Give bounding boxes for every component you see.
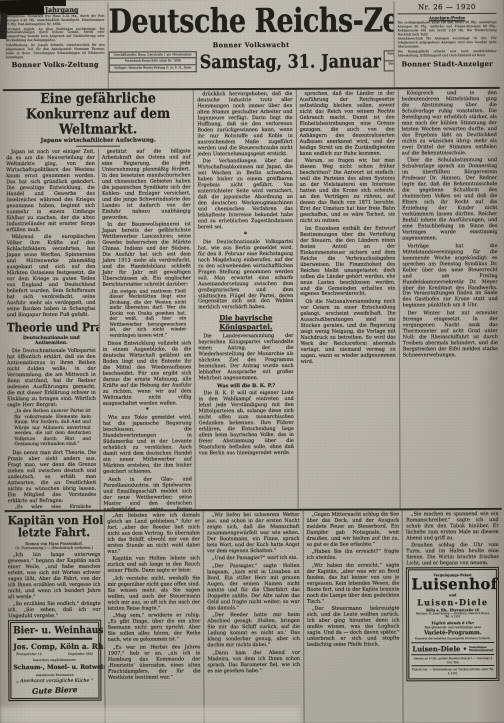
masthead: 40. Jahrgang Bezugspreis: Monatlich frei… — [2, 1, 499, 91]
ad-bier-biere: Gute Biere — [13, 685, 96, 697]
phone-info-box: Fernsprecher: Geschäftsstelle Nr. 620 — … — [384, 50, 394, 71]
novel-paragraph: „Sie machen es spannend wie ein Romansch… — [406, 511, 499, 541]
article-paragraph: Die Landesversammlung der bayrischen Kön… — [198, 333, 293, 381]
article-paragraph: sprochen, daß die Länder in der Ausführu… — [299, 90, 394, 156]
masthead-center-block: Deutsche Reichs-Zeitung Bonner Volkswach… — [108, 1, 393, 88]
lead-article-text: Japan ist noch vor einiger Zeit, da es u… — [6, 149, 95, 318]
article-paragraph: Die Verhandlungen über das Wirtschaftsab… — [198, 158, 294, 230]
ad-luisenhof: Vergnügungs-Palast Luisenhof und Luisen-… — [408, 569, 497, 679]
feuilleton-column-5: „Sie machen es spannend wie ein Romansch… — [402, 510, 503, 722]
column-5: Königreich und in den bedeutenderen Mitt… — [398, 89, 502, 508]
ad-luisendiele-name: Luisen-Diele — [411, 597, 494, 607]
theorie-quote-2: „Es wäre eine förmliche Ausnahmegesetzge… — [15, 505, 92, 510]
article-paragraph: Japan ist noch vor einiger Zeit, da es u… — [6, 149, 95, 233]
office-info-box: Geschäftsstelle: Bonn, Gierstraße 1 am M… — [109, 51, 197, 72]
subscription-info-line: Schriftleitung: Dr. Joseph Schmitz, vera… — [6, 44, 105, 60]
col3-text-2: Die Deutschnationale Volkspartei hat, wi… — [198, 238, 294, 310]
feuilleton-column-1: Kapitän von Holtens letzte Fahrt. Roman … — [5, 512, 105, 723]
col4-text: sprochen, daß die Länder in der Ausführu… — [299, 90, 395, 364]
novel-note: (4. Fortsetzung.) — (Nachdruck verboten.… — [8, 546, 101, 550]
article-paragraph: Die Deutschnationale Volkspartei hat, wi… — [198, 238, 294, 310]
article-paragraph: Ob die Nationalversammlung noch vor Oste… — [300, 298, 395, 364]
article-paragraph: Königreich und in den bedeutenderen Mitt… — [402, 90, 497, 156]
ad-prices-line: Annahmeschluß für Anzeigen vormittags 10… — [398, 37, 497, 49]
lead-continuation-2: Diese Entwicklung vollzieht sich in eine… — [103, 340, 192, 406]
section-subtitle-theorie: Deutschnationale und Antisemiten. — [7, 336, 96, 346]
column-1: Japan ist noch vor einiger Zeit, da es u… — [3, 149, 100, 510]
ad-bier-kueche: „ Anerkannt vorzügliche Küche “ — [13, 679, 96, 684]
novel-paragraph: „Gegen Mitternacht schlug die See über d… — [306, 511, 399, 547]
section-title-theorie: Theorie und Praxis. — [7, 321, 96, 335]
asterisk-separator: * — [103, 408, 192, 414]
scan-artifact-corner — [40, 0, 66, 6]
lead-headline: Eine gefährliche Konkurrenz auf dem Welt… — [3, 90, 194, 137]
ad-luisenhof-name: Luisenhof — [411, 577, 494, 593]
column-2: gestützt auf die billigste Arbeitskraft … — [98, 148, 195, 510]
novel-paragraph: „Wir liefen bei schwerem Wetter aus, und… — [207, 512, 300, 554]
ad-luisendiele-label: Luisen-Diele • — [412, 645, 467, 653]
section-title-koenigspartei: Die bayrische Königspartei. — [198, 313, 293, 331]
scan-artifact-bottom — [0, 707, 300, 723]
newspaper-subtitle: Bonner Volkswacht — [109, 40, 394, 49]
novel-paragraph: „Und der Passagier?“ warf ich ein. — [207, 555, 300, 561]
ad-bier-phone: Fernsprecher 10 — [16, 652, 41, 656]
theorie-quote-1: „In den Reihen unserer Partei ist für vo… — [14, 409, 91, 448]
asterisk-separator: * — [198, 231, 293, 237]
novel-paragraph: „So erzählen Sie endlich,“ drängte ich, … — [8, 601, 101, 619]
col3-text-1: drücklich hervorgehoben, daß die deutsch… — [197, 91, 293, 231]
col3-text-4: Die B. K. P. will mit eigener Liste in d… — [199, 390, 294, 456]
article-paragraph: Im Einzelnen enthält der Entwurf Bestimm… — [300, 225, 396, 297]
column-3: drücklich hervorgehoben, daß die deutsch… — [193, 90, 297, 509]
feuilleton-column-3: „Wir liefen bei schwerem Wetter aus, und… — [203, 511, 304, 723]
feuilleton-section: Kapitän von Holtens letzte Fahrt. Roman … — [5, 510, 503, 723]
ad-luisenhof-desc: Das glänzende und reichhaltige neue — [412, 625, 495, 629]
ad-luisenhof-phone: Tel. A 1391 — [411, 615, 494, 619]
ad-bier-founded: Gegründet 1862 — [68, 652, 93, 656]
column-4: sprochen, daß die Länder in der Ausführu… — [295, 89, 399, 508]
newspaper-title: Deutsche Reichs-Zeitung — [108, 2, 393, 41]
subscription-info-line: Erscheint täglich: An allen Werktagen na… — [6, 27, 105, 43]
novel-paragraph: „Es war im Herbst des Jahres 1907,“ hob … — [108, 644, 201, 680]
publisher-line: Verleger: Deutsche Reichs-Zeitung G. m. … — [110, 64, 196, 71]
article-paragraph: Der Winter hat mit erneuter Strenge eing… — [403, 310, 498, 358]
article-paragraph: Die B. K. P. will mit eigener Liste in d… — [199, 390, 294, 456]
ad-bier-title: Bier- u. Weinhaus — [13, 626, 96, 637]
main-columns: Eine gefährliche Konkurrenz auf dem Welt… — [3, 89, 502, 510]
article-paragraph: Die Deutschnationale Volkspartei hat öff… — [7, 348, 96, 408]
novel-paragraph: „Am liebsten wäre ich damals gleich an L… — [107, 512, 200, 554]
novel-paragraph: „Der Reeder hatte mir beim Abschied gesa… — [207, 612, 300, 648]
ad-bier-weinhaus: Bier- u. Weinhaus Jos. Comp, Köln a. Rh.… — [10, 622, 99, 699]
subscription-info-line: Bezugspreis: Monatlich frei Haus 2.25 Mk… — [5, 15, 104, 27]
subscription-info: Bezugspreis: Monatlich frei Haus 2.25 Mk… — [5, 15, 104, 60]
novel-title-line2: letzte Fahrt. — [8, 527, 101, 540]
ad-luisendiele-sub: Vornehmes Weinrestaurant — [469, 646, 493, 653]
issue-number: Nr. 26 — 1920 — [397, 2, 496, 14]
novel-paragraph: „Dann kam der Abend vor Madeira, von dem… — [207, 649, 300, 673]
lead-quote: „Im ewigen und rastlosen Fleiß dieser We… — [109, 289, 186, 339]
article-paragraph: Auch in der Glas- und Porzellanindustrie… — [103, 476, 192, 510]
col5-text: Königreich und in den bedeutenderen Mitt… — [402, 90, 498, 358]
bold-question-line: Was will die B. K. P.? — [198, 383, 293, 389]
col3-text-3: Die Landesversammlung der bayrischen Kön… — [198, 333, 293, 381]
headline-rule — [76, 146, 120, 147]
novel-paragraph: „Wir haben ihn erreicht,“ sagte der Kapi… — [307, 562, 400, 604]
novel-paragraph: „Ich bin lange unterwegs gewesen,“ began… — [8, 552, 101, 600]
masthead-left-block: 40. Jahrgang Bezugspreis: Monatlich frei… — [2, 3, 108, 89]
novel-paragraph: „Der Passagier,“ sagte Holten langsam, „… — [207, 563, 300, 611]
novel-paragraph: „Ich verstehe nicht, weshalb Sie mir geg… — [108, 575, 201, 611]
ad-prices-line: Die sechsgespaltene Zeile (36 mm breit) … — [398, 21, 497, 37]
article-paragraph: Vorträge hat die Mittelstandsvereinigung… — [402, 243, 497, 309]
ad-luisenhof-booking: Eintritt frei. — Vorbestellung von Tisch… — [412, 665, 495, 675]
ad-rule — [17, 638, 92, 640]
novel-text-col5: „Sie machen es spannend wie ein Romansch… — [406, 511, 499, 567]
ad-bier-note: besonders empfehlenswert: — [13, 658, 96, 662]
edition-title-right: Bonner Stadt-Anzeiger — [398, 60, 497, 68]
article-paragraph: Warum, so fragen wir, hat man diesen Weg… — [300, 158, 395, 224]
article-paragraph: Das nennt man dort Theorie. Die Praxis a… — [7, 449, 96, 503]
theorie-text-1: Die Deutschnationale Volkspartei hat öff… — [7, 348, 96, 408]
telephone-line: Fernsprecher: Geschäftsstelle Nr. 620 — … — [385, 51, 394, 60]
novel-text-col1: „Ich bin lange unterwegs gewesen,“ began… — [8, 552, 101, 620]
lead-article-header: Eine gefährliche Konkurrenz auf dem Welt… — [3, 90, 194, 147]
ad-prices-line: Die Bezugspflicht erlischt erst nach aus… — [398, 50, 497, 58]
novel-text-col3: „Wir liefen bei schwerem Wetter aus, und… — [207, 512, 300, 674]
novel-paragraph: „Mag sein,“ erwiderte er ruhig. „Es gibt… — [108, 612, 201, 642]
issue-date: Samstag, 31. Januar — [200, 50, 381, 73]
theorie-text-2: Das nennt man dort Theorie. Die Praxis a… — [7, 449, 96, 503]
ad-bier-note2: auserlesene Kreszenzen — [13, 673, 96, 677]
newspaper-sheet: 40. Jahrgang Bezugspreis: Monatlich frei… — [0, 0, 504, 723]
lead-continuation-3: Wie aus Tokio gemeldet wird, hat die jap… — [103, 415, 192, 510]
article-paragraph: Wie aus Tokio gemeldet wird, hat die jap… — [103, 415, 192, 475]
article-paragraph: Über die Schulabstimmung und Schulvorlag… — [402, 157, 498, 241]
lead-subhead: Japans wirtschaftlicher Aufschwung. — [3, 137, 193, 144]
novel-header: Kapitän von Holtens letzte Fahrt. Roman … — [8, 516, 101, 550]
scan-artifact-corner — [0, 13, 7, 39]
feuilleton-column-2: „Am liebsten wäre ich damals gleich an L… — [103, 511, 204, 723]
printer-line: Druckerei: Weberstraße 58. Druck der Buc… — [385, 60, 394, 70]
edition-title-left: Bonner Volks-Zeitung — [6, 61, 105, 69]
novel-paragraph: „Der Steuermann bekreuzigte sich, und di… — [307, 606, 400, 648]
article-paragraph: gestützt auf die billigste Arbeitskraft … — [102, 148, 191, 220]
feuilleton-column-4: „Gegen Mitternacht schlug die See über d… — [302, 510, 403, 722]
novel-text-col2: „Am liebsten wäre ich damals gleich an L… — [107, 512, 200, 680]
lead-continuation-1: gestützt auf die billigste Arbeitskraft … — [102, 148, 191, 288]
ad-luisenhof-hours: Abends ab 9 Uhr: großes Künstler-Konzert… — [412, 654, 495, 664]
article-paragraph: Diese Entwicklung vollzieht sich in eine… — [103, 340, 192, 406]
ad-luisenhof-konzert: Konzerte der beliebten Hauskapelle Herma… — [412, 637, 495, 641]
masthead-right-block: Nr. 26 — 1920 Anzeigen-Preise Die sechsg… — [393, 1, 499, 87]
ad-bier-name: Jos. Comp, Köln a. Rh. — [13, 642, 96, 651]
ad-bier-wines: Schaum-, Mosel- u. Rotweine — [13, 664, 96, 671]
novel-paragraph: Draußen schlug die Uhr vom Turm, und im … — [406, 542, 499, 566]
lead-article: Eine gefährliche Konkurrenz auf dem Welt… — [3, 90, 195, 510]
novel-paragraph: Kapitän von Holten lehnte sich zurück un… — [107, 556, 200, 574]
article-paragraph: In der Baumwollspinnerei ist Japan berei… — [102, 222, 191, 288]
article-paragraph: Während die europäischen Völker ihre Krä… — [6, 234, 95, 318]
newspaper-page: 40. Jahrgang Bezugspreis: Monatlich frei… — [0, 0, 504, 723]
novel-paragraph: „Haben Sie ihn erreicht?“ fragte ich ate… — [307, 549, 400, 561]
article-paragraph: drücklich hervorgehoben, daß die deutsch… — [197, 91, 292, 157]
ad-prices-info: Die sechsgespaltene Zeile (36 mm breit) … — [398, 21, 497, 58]
novel-text-col4: „Gegen Mitternacht schlug die See über d… — [306, 511, 399, 648]
